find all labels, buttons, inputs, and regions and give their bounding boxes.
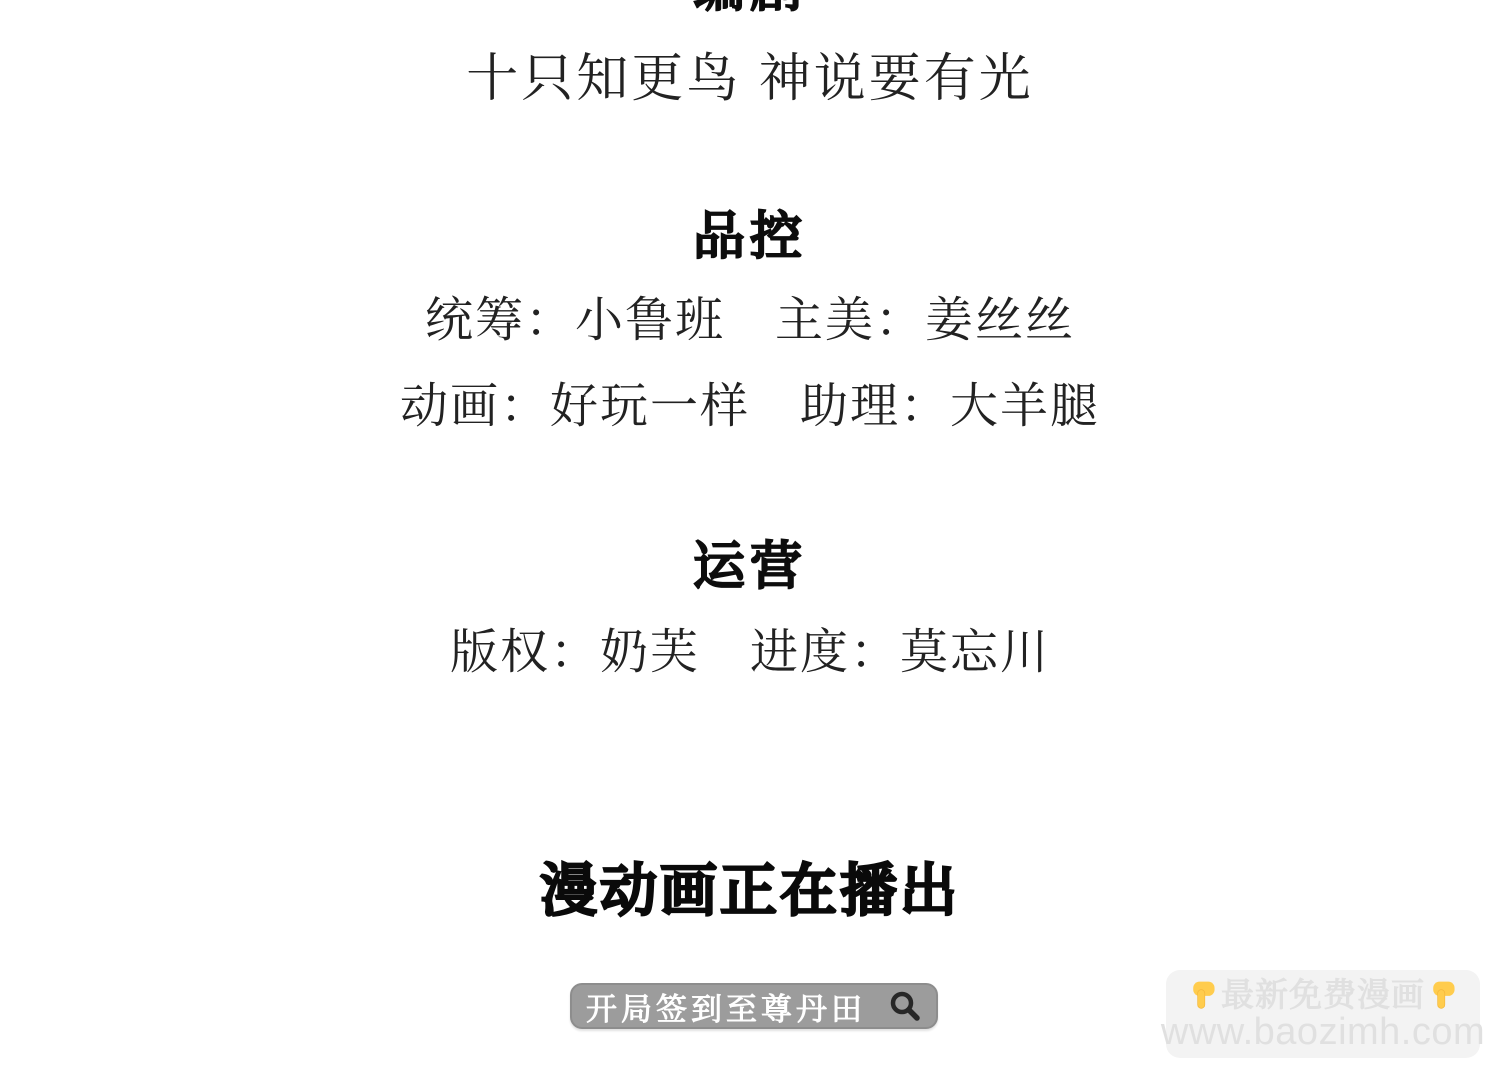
search-pill[interactable]: 开局签到至尊丹田 — [570, 983, 938, 1029]
search-query-text: 开局签到至尊丹田 — [586, 984, 866, 1029]
credits-page: 编剧 十只知更鸟 神说要有光 品控 统筹：小鲁班 主美：姜丝丝 动画：好玩一样 … — [0, 0, 1500, 1080]
section-header-operations: 运营 — [0, 540, 1500, 595]
watermark-title-row: 最新免费漫画 — [1187, 978, 1459, 1012]
pointing-down-hand-icon — [1427, 978, 1459, 1012]
credit-line-animation-assistant: 动画：好玩一样 助理：大羊腿 — [0, 382, 1500, 432]
pointing-down-hand-icon — [1187, 978, 1219, 1012]
section-header-screenwriter: 编剧 — [0, 0, 1500, 17]
watermark-badge: 最新免费漫画 www.baozimh.com — [1166, 970, 1480, 1058]
watermark-title: 最新免费漫画 — [1221, 978, 1425, 1011]
broadcast-notice: 漫动画正在播出 — [0, 862, 1500, 922]
writers-names: 十只知更鸟 神说要有光 — [0, 52, 1500, 107]
credit-line-copyright-progress: 版权：奶芙 进度：莫忘川 — [0, 628, 1500, 678]
credit-line-coordinator-artdirector: 统筹：小鲁班 主美：姜丝丝 — [0, 296, 1500, 346]
watermark-url: www.baozimh.com — [1161, 1013, 1485, 1051]
magnifier-icon — [888, 989, 922, 1023]
section-header-quality-control: 品控 — [0, 210, 1500, 265]
